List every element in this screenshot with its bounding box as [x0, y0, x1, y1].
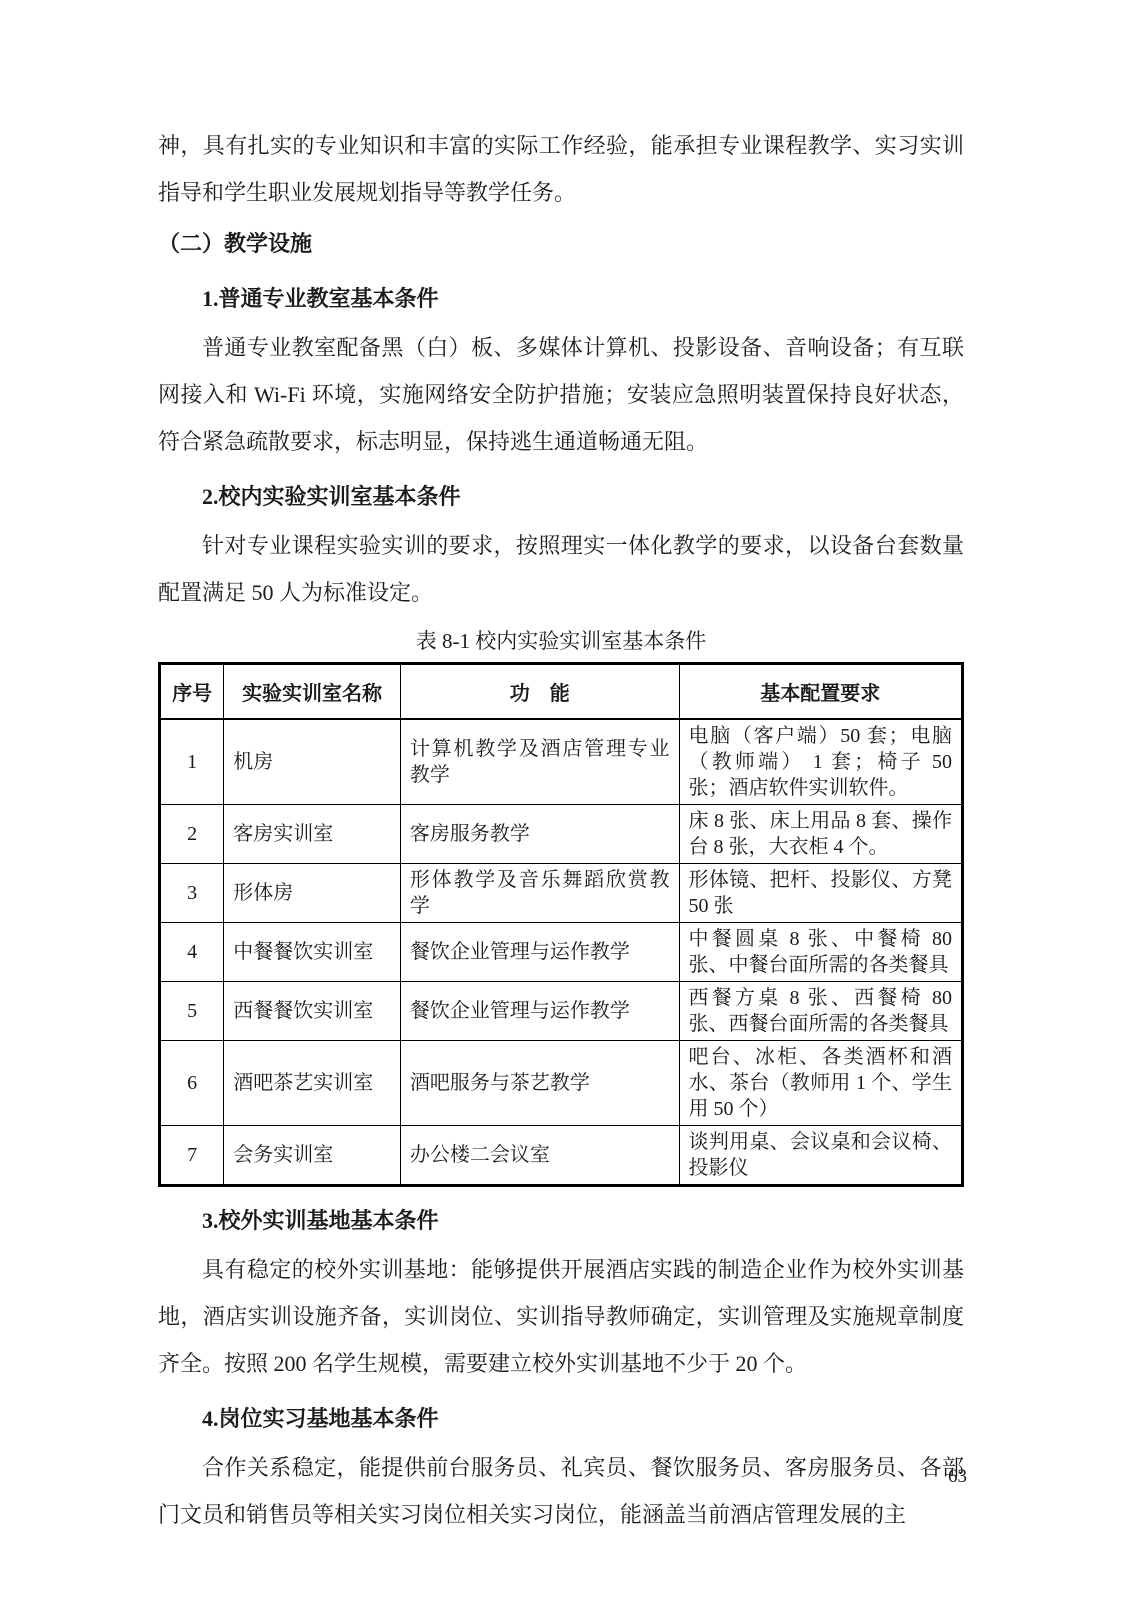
subsection-4-heading: 4.岗位实习基地基本条件 — [158, 1395, 964, 1442]
cell-function: 客房服务教学 — [400, 805, 679, 864]
cell-index: 4 — [160, 923, 224, 982]
subsection-3-heading: 3.校外实训基地基本条件 — [158, 1197, 964, 1244]
cell-requirements: 形体镜、把杆、投影仪、方凳 50 张 — [679, 864, 962, 923]
intro-continuation-paragraph: 神，具有扎实的专业知识和丰富的实际工作经验，能承担专业课程教学、实习实训指导和学… — [158, 122, 964, 216]
table-row: 4 中餐餐饮实训室 餐饮企业管理与运作教学 中餐圆桌 8 张、中餐椅 80 张、… — [160, 923, 963, 982]
table-row: 2 客房实训室 客房服务教学 床 8 张、床上用品 8 套、操作台 8 张，大衣… — [160, 805, 963, 864]
cell-room-name: 客房实训室 — [224, 805, 401, 864]
cell-index: 3 — [160, 864, 224, 923]
cell-function: 餐饮企业管理与运作教学 — [400, 982, 679, 1041]
cell-requirements: 中餐圆桌 8 张、中餐椅 80 张、中餐台面所需的各类餐具 — [679, 923, 962, 982]
header-cell-requirements: 基本配置要求 — [679, 664, 962, 720]
cell-index: 2 — [160, 805, 224, 864]
table-row: 7 会务实训室 办公楼二会议室 谈判用桌、会议桌和会议椅、投影仪 — [160, 1126, 963, 1186]
cell-room-name: 机房 — [224, 719, 401, 805]
table-caption: 表 8-1 校内实验实训室基本条件 — [158, 626, 964, 656]
cell-index: 1 — [160, 719, 224, 805]
header-cell-index: 序号 — [160, 664, 224, 720]
cell-requirements: 西餐方桌 8 张、西餐椅 80 张、西餐台面所需的各类餐具 — [679, 982, 962, 1041]
training-room-requirements-table: 序号 实验实训室名称 功 能 基本配置要求 1 机房 计算机教学及酒店管理专业教… — [158, 662, 964, 1187]
table-row: 3 形体房 形体教学及音乐舞蹈欣赏教学 形体镜、把杆、投影仪、方凳 50 张 — [160, 864, 963, 923]
page-number: 63 — [948, 1462, 967, 1492]
cell-room-name: 会务实训室 — [224, 1126, 401, 1186]
header-cell-room-name: 实验实训室名称 — [224, 664, 401, 720]
cell-requirements: 电脑（客户端）50 套；电脑（教师端） 1 套；椅子 50 张；酒店软件实训软件… — [679, 719, 962, 805]
cell-index: 7 — [160, 1126, 224, 1186]
cell-requirements: 谈判用桌、会议桌和会议椅、投影仪 — [679, 1126, 962, 1186]
document-page: 神，具有扎实的专业知识和丰富的实际工作经验，能承担专业课程教学、实习实训指导和学… — [158, 122, 964, 1538]
cell-requirements: 床 8 张、床上用品 8 套、操作台 8 张，大衣柜 4 个。 — [679, 805, 962, 864]
table-header-row: 序号 实验实训室名称 功 能 基本配置要求 — [160, 664, 963, 720]
subsection-2-paragraph: 针对专业课程实验实训的要求，按照理实一体化教学的要求，以设备台套数量配置满足 5… — [158, 522, 964, 616]
subsection-3-paragraph: 具有稳定的校外实训基地：能够提供开展酒店实践的制造企业作为校外实训基地，酒店实训… — [158, 1246, 964, 1387]
subsection-2-heading: 2.校内实验实训室基本条件 — [158, 473, 964, 520]
header-cell-function: 功 能 — [400, 664, 679, 720]
cell-room-name: 中餐餐饮实训室 — [224, 923, 401, 982]
cell-index: 6 — [160, 1041, 224, 1126]
cell-function: 办公楼二会议室 — [400, 1126, 679, 1186]
cell-function: 形体教学及音乐舞蹈欣赏教学 — [400, 864, 679, 923]
cell-requirements: 吧台、冰柜、各类酒杯和酒水、茶台（教师用 1 个、学生用 50 个） — [679, 1041, 962, 1126]
section-heading-teaching-facilities: （二）教学设施 — [158, 220, 964, 267]
table-row: 1 机房 计算机教学及酒店管理专业教学 电脑（客户端）50 套；电脑（教师端） … — [160, 719, 963, 805]
cell-index: 5 — [160, 982, 224, 1041]
cell-function: 计算机教学及酒店管理专业教学 — [400, 719, 679, 805]
subsection-1-heading: 1.普通专业教室基本条件 — [158, 275, 964, 322]
subsection-4-paragraph: 合作关系稳定，能提供前台服务员、礼宾员、餐饮服务员、客房服务员、各部门文员和销售… — [158, 1444, 964, 1538]
table-row: 5 西餐餐饮实训室 餐饮企业管理与运作教学 西餐方桌 8 张、西餐椅 80 张、… — [160, 982, 963, 1041]
cell-function: 餐饮企业管理与运作教学 — [400, 923, 679, 982]
subsection-1-paragraph: 普通专业教室配备黑（白）板、多媒体计算机、投影设备、音响设备；有互联网接入和 W… — [158, 324, 964, 465]
cell-room-name: 酒吧茶艺实训室 — [224, 1041, 401, 1126]
cell-room-name: 形体房 — [224, 864, 401, 923]
cell-function: 酒吧服务与茶艺教学 — [400, 1041, 679, 1126]
table-row: 6 酒吧茶艺实训室 酒吧服务与茶艺教学 吧台、冰柜、各类酒杯和酒水、茶台（教师用… — [160, 1041, 963, 1126]
cell-room-name: 西餐餐饮实训室 — [224, 982, 401, 1041]
